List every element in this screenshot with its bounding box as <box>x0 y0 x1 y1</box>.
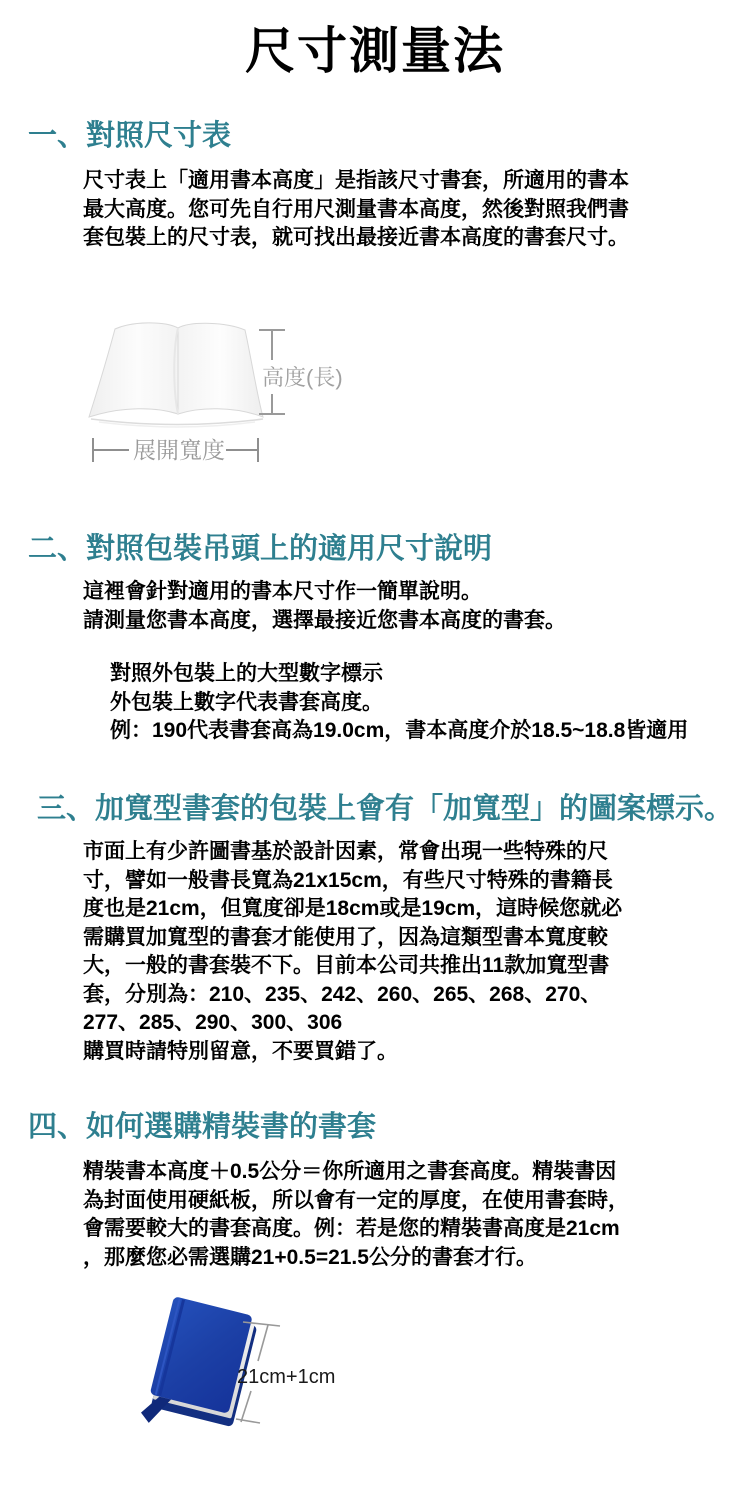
body-line: 為封面使用硬紙板，所以會有一定的厚度，在使用書套時， <box>83 1187 629 1216</box>
spread-width-label: 展開寬度 <box>133 437 225 463</box>
book-left-page <box>89 323 178 417</box>
section-heading-4: 四、如何選購精裝書的書套 <box>28 1110 376 1144</box>
body-line: 這裡會針對適用的書本尺寸作一簡單說明。 <box>83 578 566 607</box>
body-line: 寸，譬如一般書長寬為21x15cm，有些尺寸特殊的書籍長 <box>83 867 622 896</box>
body-line: 277、285、290、300、306 <box>83 1009 622 1038</box>
body-line: ，那麼您必需選購21+0.5=21.5公分的書套才行。 <box>83 1244 629 1273</box>
body-line: 尺寸表上「適用書本高度」是指該尺寸書套，所適用的書本 <box>83 167 629 196</box>
section-body-3: 市面上有少許圖書基於設計因素，常會出現一些特殊的尺 寸，譬如一般書長寬為21x1… <box>83 838 622 1066</box>
body-line: 套，分別為：210、235、242、260、265、268、270、 <box>83 981 622 1010</box>
body-line: 套包裝上的尺寸表，就可找出最接近書本高度的書套尺寸。 <box>83 224 629 253</box>
height-label: 高度(長) <box>262 365 343 390</box>
section-body-2: 這裡會針對適用的書本尺寸作一簡單說明。 請測量您書本高度，選擇最接近您書本高度的… <box>83 578 566 635</box>
body-line: 最大高度。您可先自行用尺測量書本高度，然後對照我們書 <box>83 196 629 225</box>
open-book-illustration: 高度(長) 展開寬度 <box>85 315 355 470</box>
hardcover-book-illustration: 21cm+1cm <box>110 1295 340 1455</box>
section-body-4: 精裝書本高度＋0.5公分＝你所適用之書套高度。精裝書因 為封面使用硬紙板，所以會… <box>83 1158 629 1272</box>
section-heading-3: 三、加寬型書套的包裝上會有「加寬型」的圖案標示。 <box>37 792 733 826</box>
body-line: 請測量您書本高度，選擇最接近您書本高度的書套。 <box>83 607 566 636</box>
body-line: 大，一般的書套裝不下。目前本公司共推出11款加寬型書 <box>83 952 622 981</box>
page-title: 尺寸測量法 <box>0 24 750 78</box>
measure-label: 21cm+1cm <box>237 1366 335 1388</box>
body-line: 精裝書本高度＋0.5公分＝你所適用之書套高度。精裝書因 <box>83 1158 629 1187</box>
section-heading-1: 一、對照尺寸表 <box>28 119 231 153</box>
body-line: 購買時請特別留意，不要買錯了。 <box>83 1038 622 1067</box>
section-body-1: 尺寸表上「適用書本高度」是指該尺寸書套，所適用的書本 最大高度。您可先自行用尺測… <box>83 167 629 253</box>
body-line: 對照外包裝上的大型數字標示 <box>110 660 688 689</box>
body-line: 市面上有少許圖書基於設計因素，常會出現一些特殊的尺 <box>83 838 622 867</box>
page: 尺寸測量法 一、對照尺寸表 尺寸表上「適用書本高度」是指該尺寸書套，所適用的書本… <box>0 0 750 1500</box>
body-line: 外包裝上數字代表書套高度。 <box>110 689 688 718</box>
body-line: 例：190代表書套高為19.0cm，書本高度介於18.5~18.8皆適用 <box>110 717 688 746</box>
body-line: 會需要較大的書套高度。例：若是您的精裝書高度是21cm <box>83 1215 629 1244</box>
book-right-page <box>178 323 263 417</box>
body-line: 度也是21cm，但寬度卻是18cm或是19cm，這時候您就必 <box>83 895 622 924</box>
section-heading-2: 二、對照包裝吊頭上的適用尺寸說明 <box>28 532 492 566</box>
section-body-2-note: 對照外包裝上的大型數字標示 外包裝上數字代表書套高度。 例：190代表書套高為1… <box>110 660 688 746</box>
body-line: 需購買加寬型的書套才能使用了，因為這類型書本寬度較 <box>83 924 622 953</box>
